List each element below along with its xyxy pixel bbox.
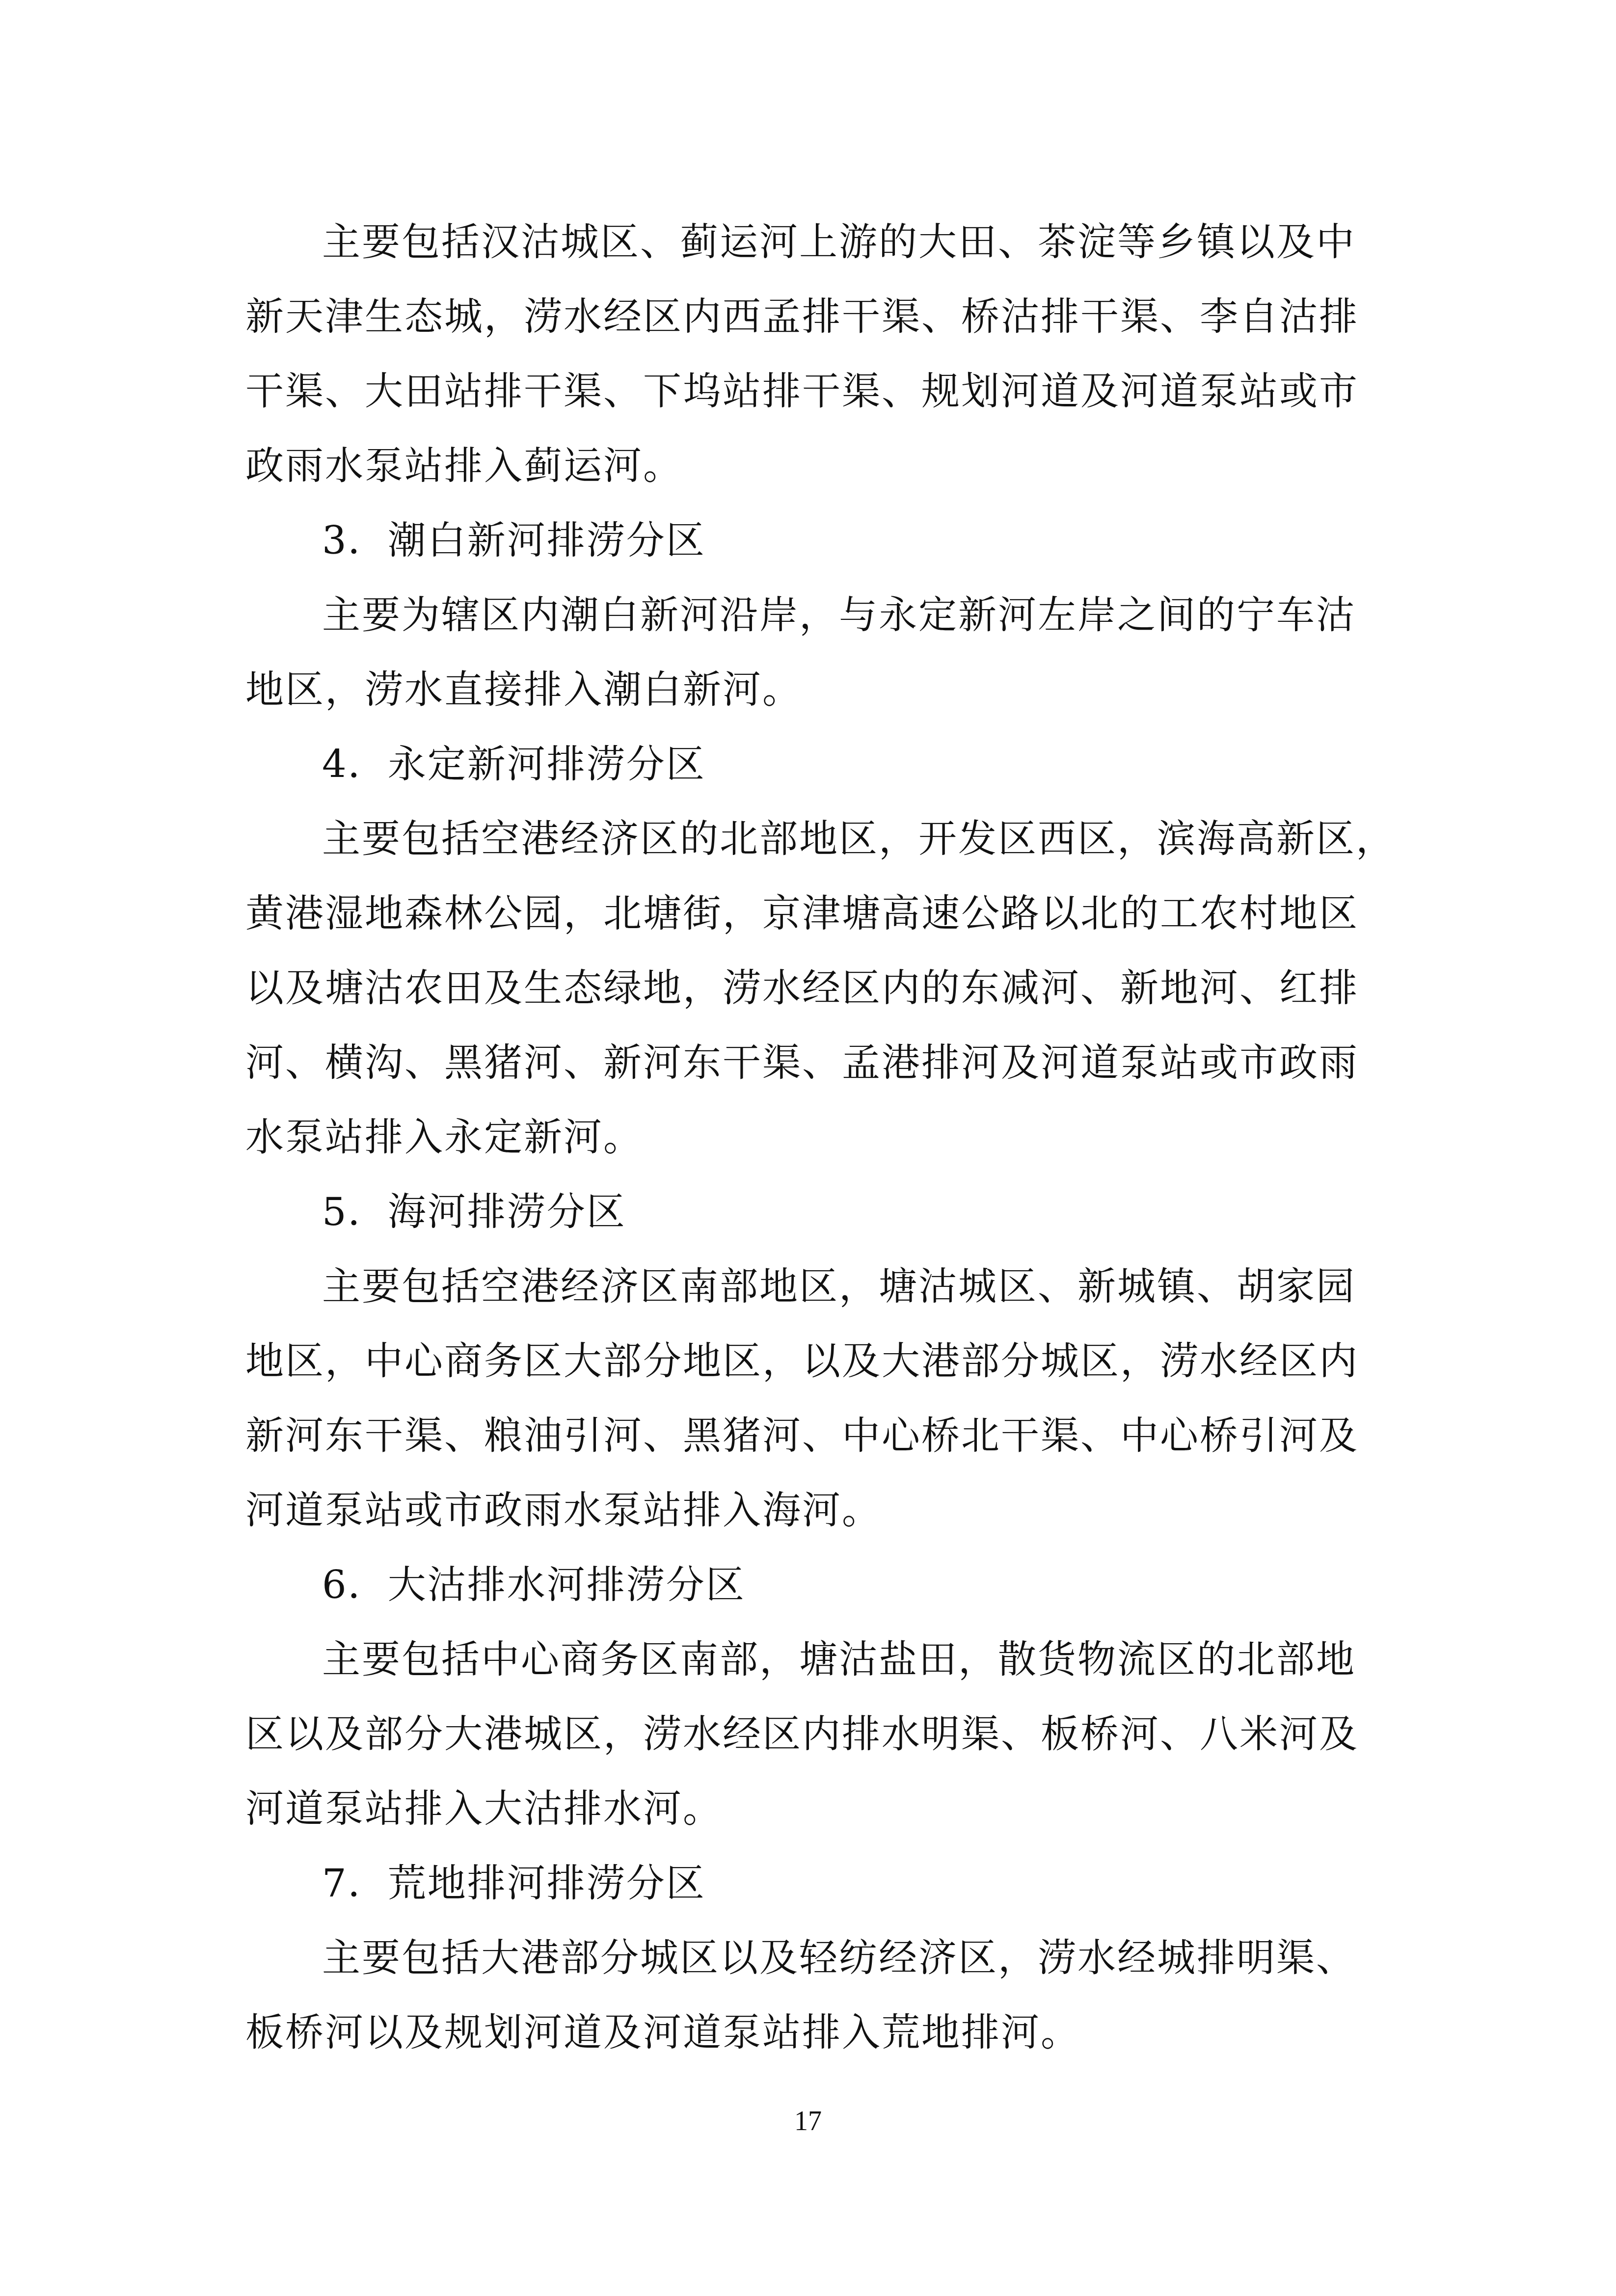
paragraph-line: 主要包括空港经济区南部地区，塘沽城区、新城镇、胡家园	[245, 1250, 1350, 1324]
paragraph-line: 水泵站排入永定新河。	[245, 1100, 1350, 1175]
paragraph-line: 新河东干渠、粮油引河、黑猪河、中心桥北干渠、中心桥引河及	[245, 1399, 1350, 1473]
paragraph-line: 主要包括中心商务区南部，塘沽盐田，散货物流区的北部地	[245, 1623, 1350, 1697]
paragraph-line: 黄港湿地森林公园，北塘街，京津塘高速公路以北的工农村地区	[245, 877, 1350, 951]
section-heading: 3．潮白新河排涝分区	[245, 504, 1350, 578]
section-heading: 7．荒地排河排涝分区	[245, 1846, 1350, 1921]
paragraph-line: 政雨水泵站排入蓟运河。	[245, 429, 1350, 504]
section-heading: 5．海河排涝分区	[245, 1175, 1350, 1250]
paragraph-line: 主要包括汉沽城区、蓟运河上游的大田、茶淀等乡镇以及中	[245, 205, 1350, 280]
section-heading: 6．大沽排水河排涝分区	[245, 1548, 1350, 1623]
paragraph-line: 板桥河以及规划河道及河道泵站排入荒地排河。	[245, 1996, 1350, 2070]
paragraph-line: 河道泵站或市政雨水泵站排入海河。	[245, 1473, 1350, 1548]
paragraph-line: 干渠、大田站排干渠、下坞站排干渠、规划河道及河道泵站或市	[245, 354, 1350, 429]
document-page: 主要包括汉沽城区、蓟运河上游的大田、茶淀等乡镇以及中 新天津生态城，涝水经区内西…	[0, 0, 1616, 2296]
body-text: 主要包括汉沽城区、蓟运河上游的大田、茶淀等乡镇以及中 新天津生态城，涝水经区内西…	[245, 205, 1350, 2070]
paragraph-line: 河道泵站排入大沽排水河。	[245, 1772, 1350, 1846]
paragraph-line: 以及塘沽农田及生态绿地，涝水经区内的东减河、新地河、红排	[245, 951, 1350, 1026]
paragraph-line: 地区，涝水直接排入潮白新河。	[245, 653, 1350, 727]
paragraph-line: 区以及部分大港城区，涝水经区内排水明渠、板桥河、八米河及	[245, 1697, 1350, 1772]
section-heading: 4．永定新河排涝分区	[245, 727, 1350, 802]
paragraph-line: 新天津生态城，涝水经区内西孟排干渠、桥沽排干渠、李自沽排	[245, 280, 1350, 354]
paragraph-line: 河、横沟、黑猪河、新河东干渠、孟港排河及河道泵站或市政雨	[245, 1026, 1350, 1100]
page-number: 17	[0, 2106, 1616, 2137]
paragraph-line: 主要包括空港经济区的北部地区，开发区西区，滨海高新区，	[245, 802, 1350, 877]
paragraph-line: 主要包括大港部分城区以及轻纺经济区，涝水经城排明渠、	[245, 1921, 1350, 1996]
paragraph-line: 主要为辖区内潮白新河沿岸，与永定新河左岸之间的宁车沽	[245, 578, 1350, 653]
paragraph-line: 地区，中心商务区大部分地区，以及大港部分城区，涝水经区内	[245, 1324, 1350, 1399]
